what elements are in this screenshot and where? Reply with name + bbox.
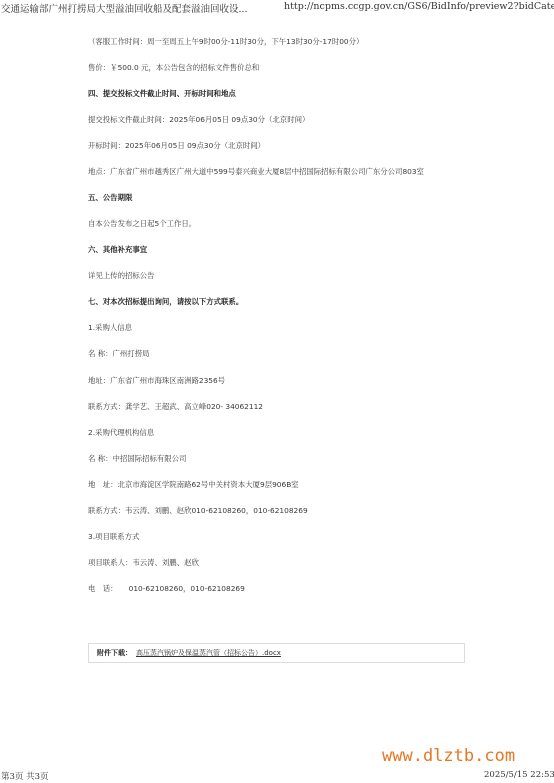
attachment-download-link[interactable]: 高压蒸汽锅炉及保温蒸汽管（招标公告）.docx: [136, 649, 281, 657]
print-datetime: 2025/5/15 22:53: [484, 770, 554, 780]
purchaser-address: 地址：广东省广州市海珠区南洲路2356号: [88, 376, 225, 386]
supplementary-text: 详见上传的招标公告: [88, 271, 155, 281]
purchaser-contact: 联系方式：龚学艺、王超武、高立峰020- 34062112: [88, 402, 263, 412]
section-heading-deadline: 四、提交投标文件截止时间、开标时间和地点: [88, 89, 236, 99]
section-heading-supplementary: 六、其他补充事宜: [88, 245, 147, 255]
service-hours-text: （客服工作时间：周一至周五上午9时00分-11时30分，下午13时30分-17时…: [88, 37, 363, 47]
agency-info-heading: 2.采购代理机构信息: [88, 428, 154, 438]
bid-opening-time-text: 开标时间：2025年06月05日 09点30分（北京时间）: [88, 141, 265, 151]
agency-name: 名 称：中招国际招标有限公司: [88, 454, 186, 464]
page-number: 第3页 共3页: [1, 770, 49, 782]
project-contact-heading: 3.项目联系方式: [88, 532, 139, 542]
attachment-box: 附件下载：高压蒸汽锅炉及保温蒸汽管（招标公告）.docx: [88, 643, 465, 663]
section-heading-contact: 七、对本次招标提出询问，请按以下方式联系。: [88, 297, 243, 307]
purchaser-info-heading: 1.采购人信息: [88, 323, 132, 333]
price-text: 售价：￥500.0 元，本公告包含的招标文件售价总和: [88, 63, 259, 73]
announcement-period-text: 自本公告发布之日起5个工作日。: [88, 219, 196, 229]
location-text: 地点：广东省广州市越秀区广州大道中599号泰兴商业大厦8层中招国际招标有限公司广…: [88, 167, 424, 177]
agency-address: 地 址：北京市海淀区学院南路62号中关村资本大厦9层906B室: [88, 480, 299, 490]
project-contact-persons: 项目联系人：韦云涛、刘鹏、赵欣: [88, 558, 199, 568]
agency-contact: 联系方式：韦云涛、刘鹏、赵欣010-62108260，010-62108269: [88, 506, 308, 516]
document-title: 交通运输部广州打捞局大型溢油回收船及配套溢油回收设...: [1, 1, 248, 15]
print-header: 交通运输部广州打捞局大型溢油回收船及配套溢油回收设... http://ncpm…: [0, 0, 554, 14]
attachment-label: 附件下载：: [97, 649, 132, 657]
watermark: www.dlztb.com: [382, 746, 515, 766]
submission-deadline-text: 提交投标文件截止时间：2025年06月05日 09点30分（北京时间）: [88, 115, 309, 125]
purchaser-name: 名 称：广州打捞局: [88, 349, 149, 359]
page-url: http://ncpms.ccgp.gov.cn/GS6/BidInfo/pre…: [284, 1, 554, 12]
section-heading-period: 五、公告期限: [88, 193, 132, 203]
project-contact-phone: 电 话： 010-62108260，010-62108269: [88, 584, 245, 594]
